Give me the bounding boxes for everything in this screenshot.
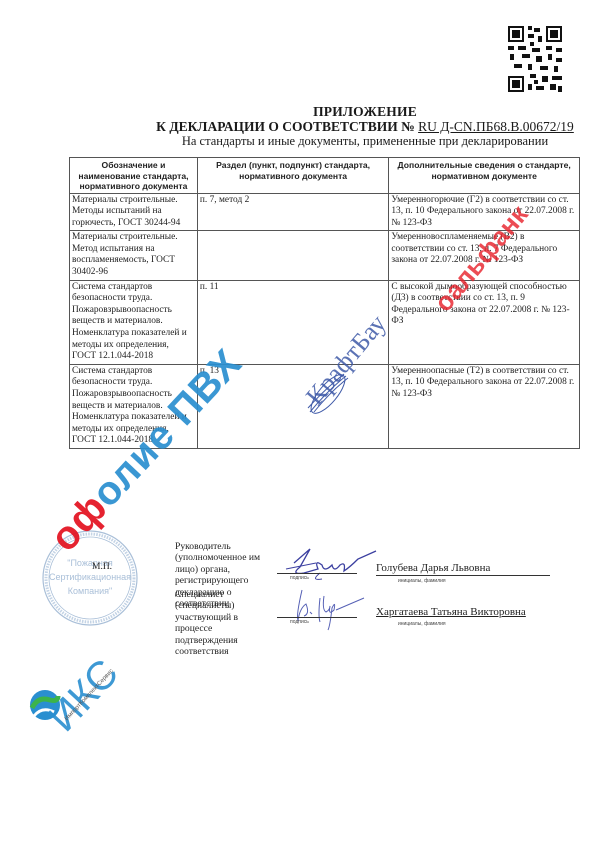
table-row: Материалы строительные. Метод испытания …: [70, 231, 580, 280]
specialist-signature-caption: подпись: [290, 619, 309, 625]
svg-text:Сертификационная: Сертификационная: [49, 572, 131, 582]
declaration-prefix: К ДЕКЛАРАЦИИ О СООТВЕТСТВИИ №: [156, 119, 415, 134]
declaration-number: RU Д-CN.ПБ68.В.00672/19: [418, 119, 574, 134]
kraftbau-logo-icon: [302, 368, 354, 420]
qr-code-icon: [506, 24, 564, 94]
column-header-section: Раздел (пункт, подпункт) стандарта, норм…: [197, 158, 388, 194]
table-header-row: Обозначение и наименование стандарта, но…: [70, 158, 580, 194]
specialist-name-caption: инициалы, фамилия: [398, 621, 446, 627]
certification-stamp-icon: "Пожарная Сертификационная Компания": [40, 528, 140, 628]
watermark-iks-subtitle: ИмпортКомплектСервис: [64, 668, 115, 722]
cell-standard: Система стандартов безопасности труда. П…: [70, 280, 198, 364]
iks-logo-icon: [28, 688, 62, 722]
head-signature-line: [277, 573, 357, 574]
cell-info: Умеренноопасные (Т2) в соответствии со с…: [389, 364, 580, 448]
cell-section: п. 11: [197, 280, 388, 364]
page-subtitle: На стандарты и иные документы, примененн…: [60, 134, 590, 149]
head-name-caption: инициалы, фамилия: [398, 578, 446, 584]
table-row: Система стандартов безопасности труда. П…: [70, 280, 580, 364]
cell-info: Умеренновоспламеняемые (В2) в соответств…: [389, 231, 580, 280]
cell-standard: Система стандартов безопасности труда. П…: [70, 364, 198, 448]
column-header-standard: Обозначение и наименование стандарта, но…: [70, 158, 198, 194]
specialist-signature-line: [277, 617, 357, 618]
table-row: Материалы строительные. Методы испытаний…: [70, 193, 580, 231]
stamp-label: М.П.: [92, 562, 112, 572]
cell-info: С высокой дымообразующей способностью (Д…: [389, 280, 580, 364]
declaration-line: К ДЕКЛАРАЦИИ О СООТВЕТСТВИИ № RU Д-CN.ПБ…: [60, 119, 590, 134]
cell-standard: Материалы строительные. Методы испытаний…: [70, 193, 198, 231]
specialist-role-label: Специалист (специалисты) участвующий в п…: [175, 589, 275, 657]
head-name-line: [376, 575, 550, 576]
cell-section: п. 13: [197, 364, 388, 448]
svg-text:Компания": Компания": [68, 586, 112, 596]
document-heading: ПРИЛОЖЕНИЕ К ДЕКЛАРАЦИИ О СООТВЕТСТВИИ №…: [60, 104, 590, 149]
cell-standard: Материалы строительные. Метод испытания …: [70, 231, 198, 280]
cell-info: Умеренногорючие (Г2) в соответствии со с…: [389, 193, 580, 231]
cell-section: п. 7, метод 2: [197, 193, 388, 231]
document-page: ПРИЛОЖЕНИЕ К ДЕКЛАРАЦИИ О СООТВЕТСТВИИ №…: [0, 0, 613, 856]
specialist-name: Харгатаева Татьяна Викторовна: [376, 606, 526, 618]
column-header-info: Дополнительные сведения о стандарте, нор…: [389, 158, 580, 194]
head-name: Голубева Дарья Львовна: [376, 562, 490, 574]
specialist-signature-icon: [280, 586, 370, 632]
cell-section: [197, 231, 388, 280]
head-signature-caption: подпись: [290, 575, 309, 581]
page-title: ПРИЛОЖЕНИЕ: [60, 104, 590, 119]
